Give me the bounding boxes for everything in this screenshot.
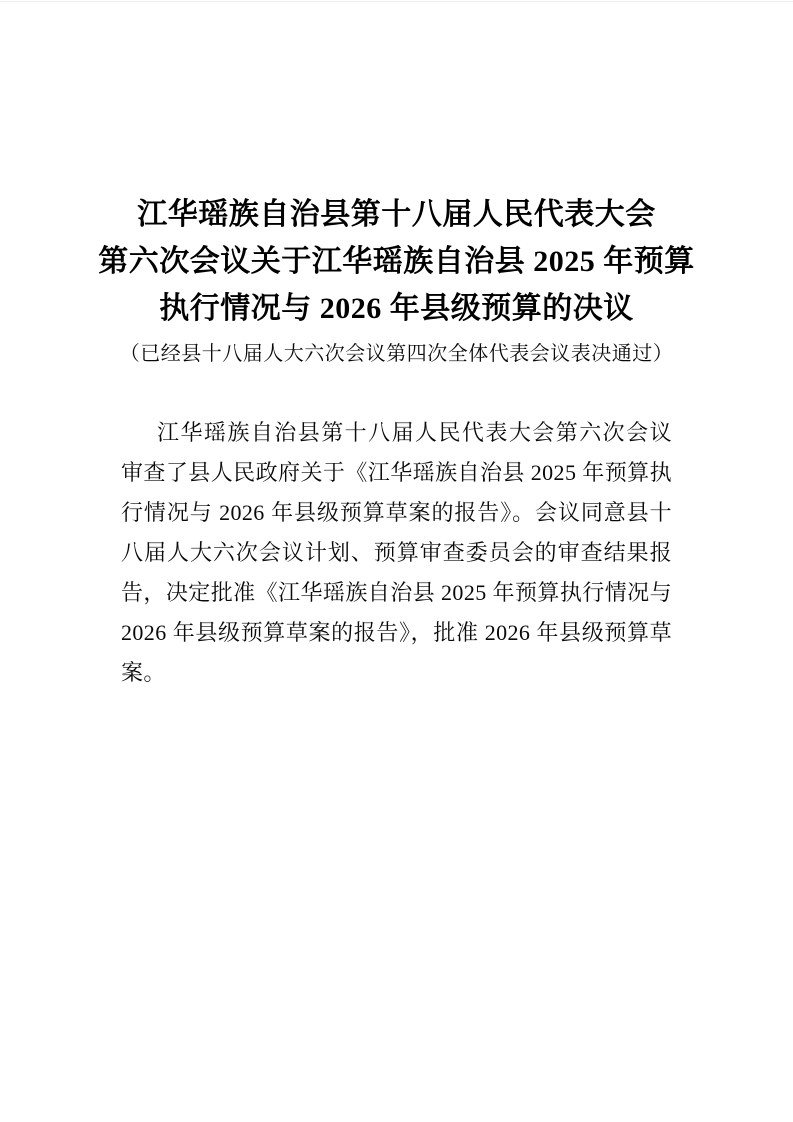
document-subtitle: （已经县十八届人大六次会议第四次全体代表会议表决通过）: [0, 340, 793, 368]
page-top-divider: [0, 1, 793, 2]
document-title-line-2: 第六次会议关于江华瑶族自治县 2025 年预算: [0, 238, 793, 285]
body-paragraph: 江华瑶族自治县第十八届人民代表大会第六次会议审查了县人民政府关于《江华瑶族自治县…: [121, 413, 672, 693]
document-title-line-1: 江华瑶族自治县第十八届人民代表大会: [0, 191, 793, 238]
document-body: 江华瑶族自治县第十八届人民代表大会第六次会议审查了县人民政府关于《江华瑶族自治县…: [121, 413, 672, 693]
document-page: 江华瑶族自治县第十八届人民代表大会 第六次会议关于江华瑶族自治县 2025 年预…: [0, 0, 793, 1122]
document-title: 江华瑶族自治县第十八届人民代表大会 第六次会议关于江华瑶族自治县 2025 年预…: [0, 0, 793, 332]
document-title-line-3: 执行情况与 2026 年县级预算的决议: [0, 285, 793, 332]
